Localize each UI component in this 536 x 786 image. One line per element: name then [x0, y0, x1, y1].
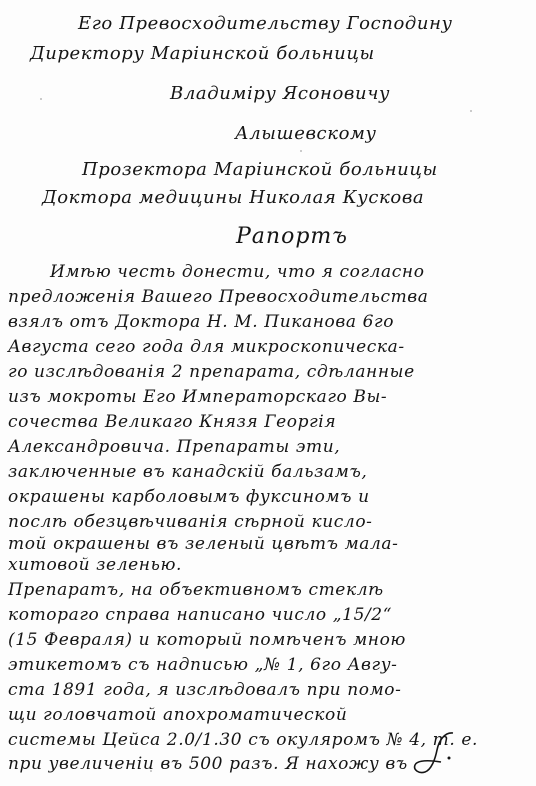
body-line: (15 Февраля) и который помѣченъ мною: [8, 628, 406, 652]
body-line: щи головчатой апохроматической: [8, 703, 347, 727]
body-line: при увеличеніи въ 500 разъ. Я нахожу въ: [8, 752, 408, 776]
body-line: Препаратъ, на объективномъ стеклѣ: [8, 578, 384, 602]
body-line: го изслѣдованія 2 препарата, сдѣланные: [8, 360, 415, 384]
body-line: окрашены карболовымъ фуксиномъ и: [8, 485, 370, 509]
document-title: Рапортъ: [236, 225, 348, 249]
scan-speck: [150, 770, 152, 772]
body-line: заключенные въ канадскій бальзамъ,: [8, 460, 367, 484]
body-line: взялъ отъ Доктора Н. М. Пиканова 6го: [8, 310, 394, 334]
scan-speck: [300, 150, 302, 152]
body-line: Августа сего года для микроскопическа-: [8, 335, 405, 359]
body-line: послѣ обезцвѣчиванія сѣрной кисло-: [8, 510, 373, 534]
address-line-1: Его Превосходительству Господину: [78, 12, 453, 36]
flourish-mark-icon: [405, 730, 465, 775]
body-line: сочества Великаго Князя Георгія: [8, 410, 336, 434]
body-line: Имѣю честь донести, что я согласно: [50, 260, 425, 284]
document-page: Его Превосходительству Господину Директо…: [0, 0, 536, 786]
body-line: Александровича. Препараты эти,: [8, 435, 340, 459]
address-line-4: Алышевскому: [235, 122, 377, 146]
body-line: изъ мокроты Его Императорскаго Вы-: [8, 385, 387, 409]
scan-speck: [40, 98, 42, 100]
body-line: этикетомъ съ надписью „№ 1, 6го Авгу-: [8, 653, 398, 677]
body-line: ста 1891 года, я изслѣдовалъ при помо-: [8, 678, 401, 702]
body-line: предложенія Вашего Превосходительства: [8, 285, 429, 309]
from-line-1: Прозектора Маріинской больницы: [82, 158, 438, 182]
scan-speck: [470, 110, 472, 112]
body-line: хитовой зеленью.: [8, 553, 182, 577]
address-line-2: Директору Маріинской больницы: [30, 42, 375, 66]
address-line-3: Владиміру Ясоновичу: [170, 82, 390, 106]
from-line-2: Доктора медицины Николая Кускова: [42, 186, 424, 210]
body-line: котораго справа написано число „15/2“: [8, 603, 392, 627]
